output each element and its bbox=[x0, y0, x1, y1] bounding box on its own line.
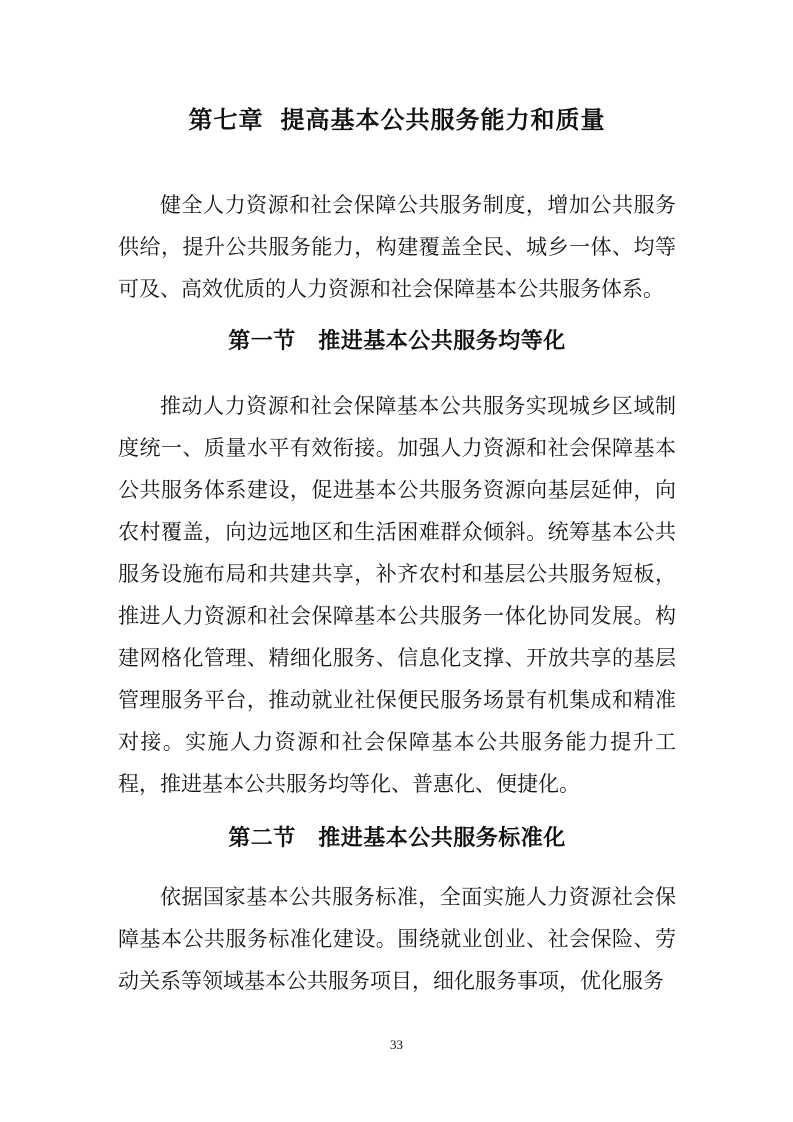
section-1-paragraph: 推动人力资源和社会保障基本公共服务实现城乡区域制度统一、质量水平有效衔接。加强人… bbox=[118, 385, 676, 805]
section-2-paragraph: 依据国家基本公共服务标准，全面实施人力资源社会保障基本公共服务标准化建设。围绕就… bbox=[118, 876, 676, 1002]
section-2-heading: 第二节 推进基本公共服务标准化 bbox=[118, 817, 676, 859]
page-footer: 33 bbox=[0, 1036, 793, 1054]
chapter-title: 第七章 提高基本公共服务能力和质量 bbox=[118, 100, 676, 142]
document-page: 第七章 提高基本公共服务能力和质量 健全人力资源和社会保障公共服务制度，增加公共… bbox=[0, 0, 793, 1122]
chapter-intro-paragraph: 健全人力资源和社会保障公共服务制度，增加公共服务供给，提升公共服务能力，构建覆盖… bbox=[118, 184, 676, 310]
page-number: 33 bbox=[390, 1037, 403, 1052]
section-1-heading: 第一节 推进基本公共服务均等化 bbox=[118, 320, 676, 362]
page-content: 第七章 提高基本公共服务能力和质量 健全人力资源和社会保障公共服务制度，增加公共… bbox=[118, 0, 676, 1002]
